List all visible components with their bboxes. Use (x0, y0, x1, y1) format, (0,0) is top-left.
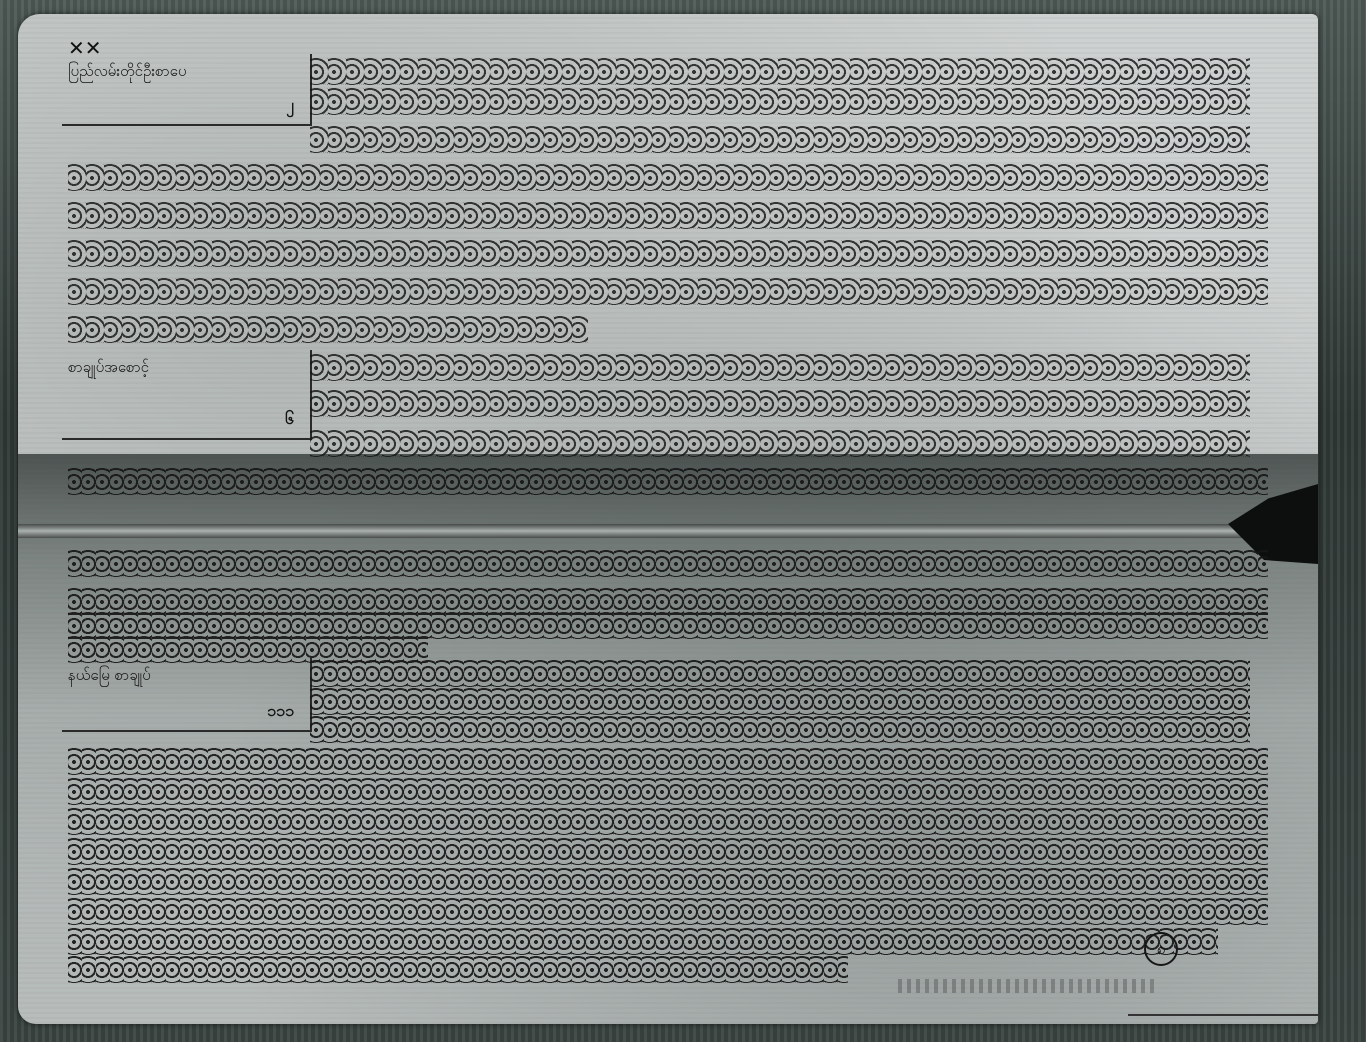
text-line (68, 468, 1268, 495)
circled-numeral: ၈ (1144, 932, 1178, 966)
margin-heading: ပြည်လမ်းတိုင်ဦးစာပေ (68, 62, 186, 80)
text-line (68, 956, 848, 983)
entry-3: နယ်မြေ စာချုပ် ၁၁၁ (18, 658, 1318, 998)
manuscript-sheet: ✕✕ ပြည်လမ်းတိုင်ဦးစာပေ ၂ စာချုပ်အစောင့် … (18, 14, 1318, 1024)
text-line (310, 58, 1250, 85)
bottom-rule (1128, 1014, 1318, 1016)
margin-numeral: ၂ (286, 92, 294, 118)
text-line (310, 430, 1250, 457)
text-line (68, 838, 1268, 865)
entry-1: ပြည်လမ်းတိုင်ဦးစာပေ ၂ (18, 54, 1318, 344)
faded-annotation (898, 979, 1158, 993)
text-line (68, 898, 1268, 925)
margin-numeral: ၁၁၁ (267, 698, 294, 724)
entry-2: စာချုပ်အစောင့် ၆ (18, 350, 1318, 650)
text-line (310, 126, 1250, 153)
margin-note-3: နယ်မြေ စာချုပ် ၁၁၁ (62, 658, 312, 732)
text-line (68, 164, 1268, 191)
text-line (310, 390, 1250, 417)
margin-note-1: ပြည်လမ်းတိုင်ဦးစာပေ ၂ (62, 54, 312, 126)
margin-note-2: စာချုပ်အစောင့် ၆ (62, 350, 312, 440)
text-line (310, 660, 1250, 687)
text-line (310, 688, 1250, 715)
text-line (68, 202, 1268, 229)
text-line (68, 868, 1268, 895)
text-line (68, 808, 1268, 835)
margin-numeral: ၆ (285, 406, 294, 432)
text-line (310, 716, 1250, 743)
margin-heading: နယ်မြေ စာချုပ် (68, 666, 151, 684)
document-description: Handwritten Burmese manuscript (black-an… (18, 14, 19, 15)
text-line (68, 778, 1268, 805)
text-line (68, 928, 1218, 955)
text-line (68, 550, 1268, 577)
margin-heading: စာချုပ်အစောင့် (68, 358, 149, 376)
text-line (68, 588, 1268, 615)
text-line (310, 88, 1250, 115)
text-line (310, 354, 1250, 381)
text-line (68, 748, 1268, 775)
text-line (68, 612, 1268, 639)
text-line (68, 240, 1268, 267)
text-line (68, 316, 588, 343)
text-line (68, 278, 1268, 305)
